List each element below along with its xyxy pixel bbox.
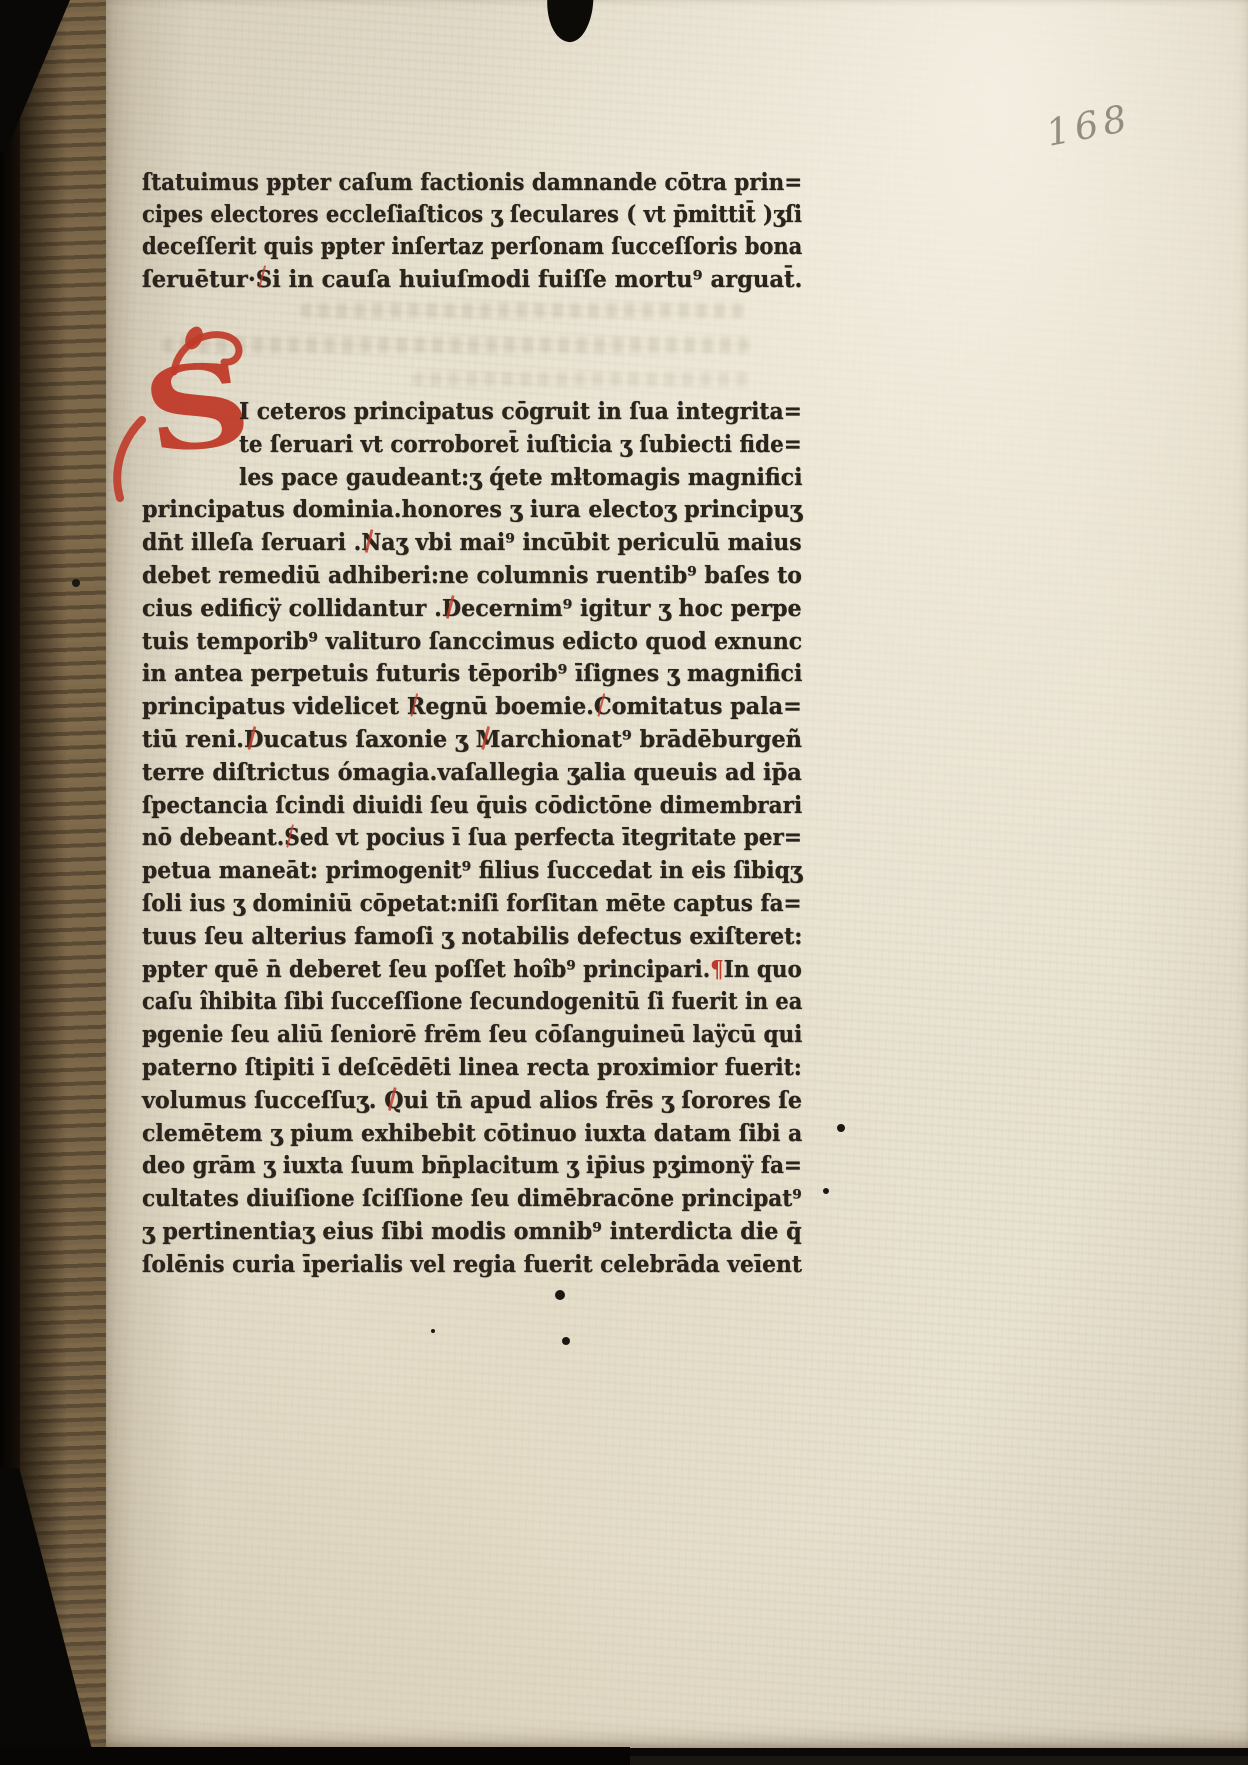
intro-paragraph: ſtatuimus p̵pter caſum factionis damnand… (142, 167, 822, 296)
text-run: in antea perpetuis futuris tēporib⁹ īſig… (142, 660, 802, 687)
text-line: principatus videlicet Regnū boemie.Comit… (142, 691, 802, 724)
text-run: ſpectancia ſcindi diuidi ſeu q̄uis cōdic… (142, 792, 802, 819)
ink-speck (431, 1329, 435, 1333)
text-run: clemētem ʒ pium exhibebit cōtinuo iuxta … (142, 1120, 802, 1147)
text-run: p̵genie ſeu aliū ſeniorē frēm ſeu cōſang… (142, 1021, 802, 1048)
text-run: principatus videlicet (142, 693, 407, 720)
text-line: petua maneāt: primogenit⁹ filius ſucceda… (142, 855, 802, 888)
text-line: ſeruētur·Si in cauſa huiuſmodi fuiſſe mo… (142, 264, 802, 296)
text-line: ſpectancia ſcindi diuidi ſeu q̄uis cōdic… (142, 790, 802, 823)
text-run: te ſeruari vt corroboret̄ iuſticia ʒ ſub… (239, 431, 802, 458)
show-through-line (412, 372, 750, 386)
text-run: debet remediū adhiberi:ne columnis ruent… (142, 562, 802, 589)
ink-speck (837, 1124, 845, 1132)
ink-speck (72, 579, 80, 587)
text-line: ſoli ius ʒ dominiū cōpetat:niſi forſitan… (142, 888, 802, 921)
rubricated-letter: D (442, 593, 461, 626)
text-run: ecernim⁹ igitur ʒ hoc perpe (461, 595, 802, 622)
main-paragraph: I ceteros principatus cōgruit in ſua int… (142, 396, 822, 1282)
text-line: paterno ſtipiti ī deſcēdēti linea recta … (142, 1052, 802, 1085)
rubricated-letter: M (476, 724, 501, 757)
rubricated-letter: S (256, 264, 272, 296)
text-line: cultates diuiſione ſciſſione ſeu dimēbra… (142, 1183, 802, 1216)
rubricated-letter: D (244, 724, 264, 757)
text-run: paterno ſtipiti ī deſcēdēti linea recta … (142, 1054, 802, 1081)
bottom-edge-shadow (0, 1747, 630, 1765)
text-line: deceſſerit quis p̵pter inſertaz perſonam… (142, 231, 802, 263)
text-run: deceſſerit quis p̵pter inſertaz perſonam… (142, 233, 802, 260)
text-line: te ſeruari vt corroboret̄ iuſticia ʒ ſub… (239, 429, 802, 462)
text-run: omitatus pala= (612, 693, 802, 720)
text-run: In quo (724, 956, 802, 983)
text-run: les pace gaudeant:ʒ q́ete ml̵tomagis mag… (239, 464, 802, 491)
text-line: volumus ſucceſſuʒ. Qui tn̄ apud alios fr… (142, 1085, 802, 1118)
text-line: tuus ſeu alterius famoſi ʒ notabilis def… (142, 921, 802, 954)
text-line: dn̄t illeſa ſeruari .Naʒ vbi mai⁹ incūbi… (142, 527, 802, 560)
text-run: caſu îhibita ſibi ſucceſſione ſecundogen… (142, 988, 802, 1015)
rubricated-letter: Q (384, 1085, 403, 1118)
text-run: ſoli ius ʒ dominiū cōpetat:niſi forſitan… (142, 890, 802, 917)
text-line: cius edificÿ collidantur .Decernim⁹ igit… (142, 593, 802, 626)
text-run: p̵pter quē n̄ deberet ſeu poſſet hoîb⁹ p… (142, 956, 710, 983)
rubricated-letter: C (594, 691, 612, 724)
text-line: ʒ pertinentiaʒ eius ſibi modis omnib⁹ in… (142, 1216, 802, 1249)
scanned-page: 168 S ſtatuimus p̵pter caſum factionis d… (0, 0, 1248, 1765)
text-line: les pace gaudeant:ʒ q́ete ml̵tomagis mag… (239, 462, 802, 495)
text-run: ſtatuimus p̵pter caſum factionis damnand… (142, 169, 802, 196)
text-line: principatus dominia.honores ʒ iura elect… (142, 494, 802, 527)
text-line: cipes electores eccleſiaſticos ʒ ſecular… (142, 199, 802, 231)
ink-speck (823, 1188, 829, 1194)
text-run: cultates diuiſione ſciſſione ſeu dimēbra… (142, 1185, 802, 1212)
text-line: caſu îhibita ſibi ſucceſſione ſecundogen… (142, 986, 802, 1019)
text-run: cius edificÿ collidantur . (142, 595, 442, 622)
text-run: principatus dominia.honores ʒ iura elect… (142, 496, 802, 523)
text-run: tuus ſeu alterius famoſi ʒ notabilis def… (142, 923, 802, 950)
ink-speck (562, 1337, 570, 1345)
text-line: in antea perpetuis futuris tēporib⁹ īſig… (142, 658, 802, 691)
text-line: tuis temporib⁹ valituro ſanccimus edicto… (142, 626, 802, 659)
text-run: ſeruētur· (142, 266, 256, 293)
text-line: ſtatuimus p̵pter caſum factionis damnand… (142, 167, 802, 199)
text-run: i in cauſa huiuſmodi fuiſſe mortu⁹ argua… (272, 266, 802, 293)
text-run: ed vt pocius ī ſua perfecta ītegritate p… (300, 824, 802, 851)
rubric-paragraph-mark: ¶ (710, 956, 724, 983)
text-run: dn̄t illeſa ſeruari . (142, 529, 361, 556)
text-run: deo grām ʒ iuxta ſuum bn̄placitum ʒ ip̄i… (142, 1152, 802, 1179)
text-line: p̵genie ſeu aliū ſeniorē frēm ſeu cōſang… (142, 1019, 802, 1052)
text-run: aʒ vbi mai⁹ incūbit periculū maius (381, 529, 801, 556)
text-run: nō debeant. (142, 824, 284, 851)
text-run: egnū boemie. (425, 693, 594, 720)
text-run: petua maneāt: primogenit⁹ filius ſucceda… (142, 857, 802, 884)
text-run: ſolēnis curia īperialis vel regia fuerit… (142, 1251, 802, 1278)
ink-speck (555, 1290, 565, 1300)
text-run: ucatus ſaxonie ʒ (264, 726, 476, 753)
text-run: volumus ſucceſſuʒ. (142, 1087, 384, 1114)
show-through-line (300, 303, 750, 318)
rubricated-letter: R (407, 691, 426, 724)
rubricated-letter: S (284, 822, 300, 855)
text-line: deo grām ʒ iuxta ſuum bn̄placitum ʒ ip̄i… (142, 1150, 802, 1183)
text-run: terre diſtrictus ómagia.vaſallegia ʒalia… (142, 759, 802, 786)
text-run: archionat⁹ brādēburgeñ (501, 726, 802, 753)
text-run: tiū reni. (142, 726, 244, 753)
text-line: terre diſtrictus ómagia.vaſallegia ʒalia… (142, 757, 802, 790)
text-run: cipes electores eccleſiaſticos ʒ ſecular… (142, 201, 802, 228)
text-run: I ceteros principatus cōgruit in ſua int… (239, 398, 802, 425)
text-run: ui tn̄ apud alios frēs ʒ ſorores ſe (404, 1087, 802, 1114)
text-line: p̵pter quē n̄ deberet ſeu poſſet hoîb⁹ p… (142, 954, 802, 987)
text-line: clemētem ʒ pium exhibebit cōtinuo iuxta … (142, 1118, 802, 1151)
text-line: debet remediū adhiberi:ne columnis ruent… (142, 560, 802, 593)
text-line: ſolēnis curia īperialis vel regia fuerit… (142, 1249, 802, 1282)
bottom-edge-thin-shadow (630, 1756, 1248, 1765)
rubricated-letter: N (361, 527, 381, 560)
text-line: tiū reni.Ducatus ſaxonie ʒ Marchionat⁹ b… (142, 724, 802, 757)
text-line: nō debeant.Sed vt pocius ī ſua perfecta … (142, 822, 802, 855)
page-edge-stack (20, 0, 106, 1765)
text-line: I ceteros principatus cōgruit in ſua int… (239, 396, 802, 429)
text-run: tuis temporib⁹ valituro ſanccimus edicto… (142, 628, 802, 655)
text-run: ʒ pertinentiaʒ eius ſibi modis omnib⁹ in… (142, 1218, 802, 1245)
